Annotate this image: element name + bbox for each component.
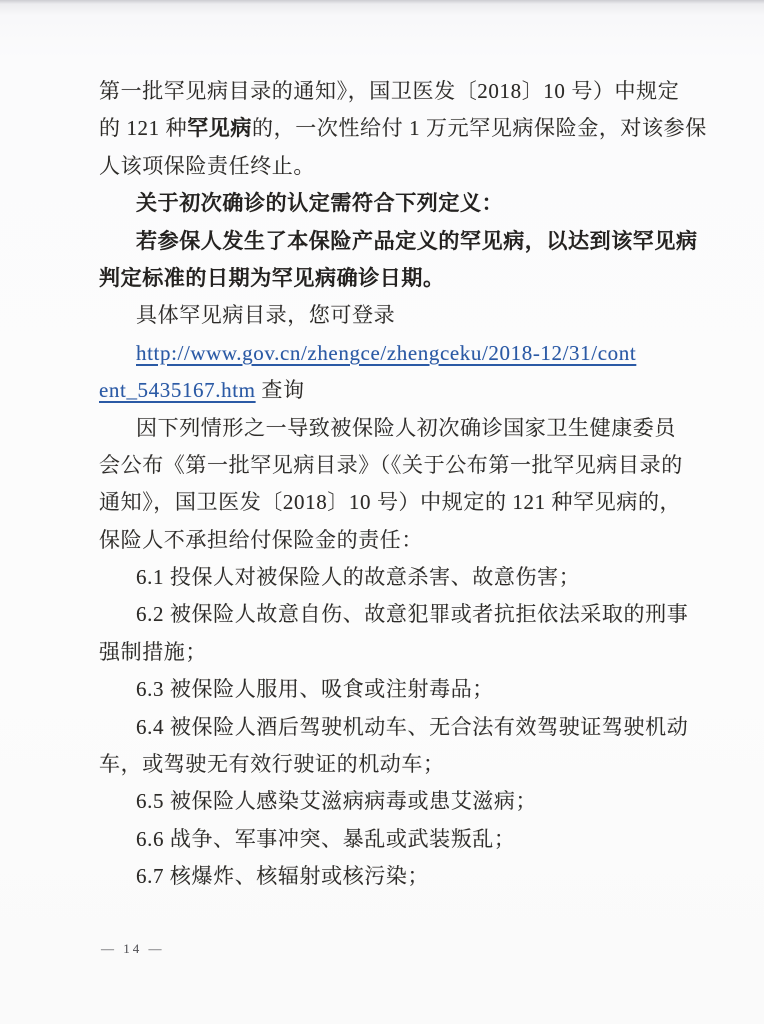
text-segment: 保险人不承担给付保险金的责任： <box>99 528 423 552</box>
text-segment: 查询 <box>256 378 305 402</box>
text-line: 通知》，国卫医发〔2018〕10 号）中规定的 121 种罕见病的， <box>99 484 699 521</box>
scanned-document-page: 第一批罕见病目录的通知》，国卫医发〔2018〕10 号）中规定的 121 种罕见… <box>0 0 764 1024</box>
text-line: http://www.gov.cn/zhengce/zhengceku/2018… <box>99 335 699 372</box>
text-segment: 6.5 被保险人感染艾滋病病毒或患艾滋病； <box>136 789 537 813</box>
text-line: 判定标准的日期为罕见病确诊日期。 <box>99 260 699 297</box>
text-segment: 若参保人发生了本保险产品定义的罕见病，以达到该罕见病 <box>136 229 698 253</box>
text-line: 因下列情形之一导致被保险人初次确诊国家卫生健康委员 <box>99 410 699 447</box>
text-line: 强制措施； <box>99 634 699 671</box>
text-segment: 判定标准的日期为罕见病确诊日期。 <box>99 266 445 290</box>
text-segment: 的，一次性给付 1 万元罕见病保险金，对该参保 <box>252 116 707 140</box>
text-segment: 6.3 被保险人服用、吸食或注射毒品； <box>136 677 494 701</box>
gov-url-text: http://www.gov.cn/zhengce/zhengceku/2018… <box>136 341 636 365</box>
text-line: 关于初次确诊的认定需符合下列定义： <box>99 185 699 222</box>
text-segment: 人该项保险责任终止。 <box>99 154 315 178</box>
text-segment: 6.7 核爆炸、核辐射或核污染； <box>136 864 429 888</box>
text-line: 会公布《第一批罕见病目录》（《关于公布第一批罕见病目录的 <box>99 447 699 484</box>
text-line: 保险人不承担给付保险金的责任： <box>99 522 699 559</box>
text-segment: 6.2 被保险人故意自伤、故意犯罪或者抗拒依法采取的刑事 <box>136 602 688 626</box>
text-line: 具体罕见病目录，您可登录 <box>99 297 699 334</box>
text-line: 人该项保险责任终止。 <box>99 148 699 185</box>
text-segment: 第一批罕见病目录的通知》，国卫医发〔2018〕10 号）中规定 <box>99 79 679 103</box>
text-segment: 罕见病 <box>187 116 252 140</box>
text-segment: 6.6 战争、军事冲突、暴乱或武装叛乱； <box>136 827 516 851</box>
text-segment: 的 121 种 <box>99 116 187 140</box>
text-segment: 强制措施； <box>99 640 207 664</box>
text-line: 6.2 被保险人故意自伤、故意犯罪或者抗拒依法采取的刑事 <box>99 596 699 633</box>
gov-url-text: ent_5435167.htm <box>99 378 256 402</box>
text-segment: 关于初次确诊的认定需符合下列定义： <box>136 191 503 215</box>
text-segment: 6.1 投保人对被保险人的故意杀害、故意伤害； <box>136 565 580 589</box>
text-segment: 因下列情形之一导致被保险人初次确诊国家卫生健康委员 <box>136 416 676 440</box>
text-segment: 通知》，国卫医发〔2018〕10 号）中规定的 121 种罕见病的， <box>99 490 681 514</box>
text-line: 若参保人发生了本保险产品定义的罕见病，以达到该罕见病 <box>99 223 699 260</box>
text-line: 6.4 被保险人酒后驾驶机动车、无合法有效驾驶证驾驶机动 <box>99 709 699 746</box>
page-number: — 14 — <box>101 941 165 957</box>
text-segment: 车，或驾驶无有效行驶证的机动车； <box>99 752 445 776</box>
text-segment: 会公布《第一批罕见病目录》（《关于公布第一批罕见病目录的 <box>99 453 683 477</box>
text-segment: 具体罕见病目录，您可登录 <box>136 303 395 327</box>
text-line: ent_5435167.htm 查询 <box>99 372 699 409</box>
text-line: 6.7 核爆炸、核辐射或核污染； <box>99 858 699 895</box>
text-line: 6.6 战争、军事冲突、暴乱或武装叛乱； <box>99 821 699 858</box>
text-block: 第一批罕见病目录的通知》，国卫医发〔2018〕10 号）中规定的 121 种罕见… <box>99 73 699 896</box>
text-segment: 6.4 被保险人酒后驾驶机动车、无合法有效驾驶证驾驶机动 <box>136 715 688 739</box>
text-line: 车，或驾驶无有效行驶证的机动车； <box>99 746 699 783</box>
text-line: 的 121 种罕见病的，一次性给付 1 万元罕见病保险金，对该参保 <box>99 110 699 147</box>
text-line: 6.5 被保险人感染艾滋病病毒或患艾滋病； <box>99 783 699 820</box>
text-line: 第一批罕见病目录的通知》，国卫医发〔2018〕10 号）中规定 <box>99 73 699 110</box>
text-line: 6.3 被保险人服用、吸食或注射毒品； <box>99 671 699 708</box>
text-line: 6.1 投保人对被保险人的故意杀害、故意伤害； <box>99 559 699 596</box>
